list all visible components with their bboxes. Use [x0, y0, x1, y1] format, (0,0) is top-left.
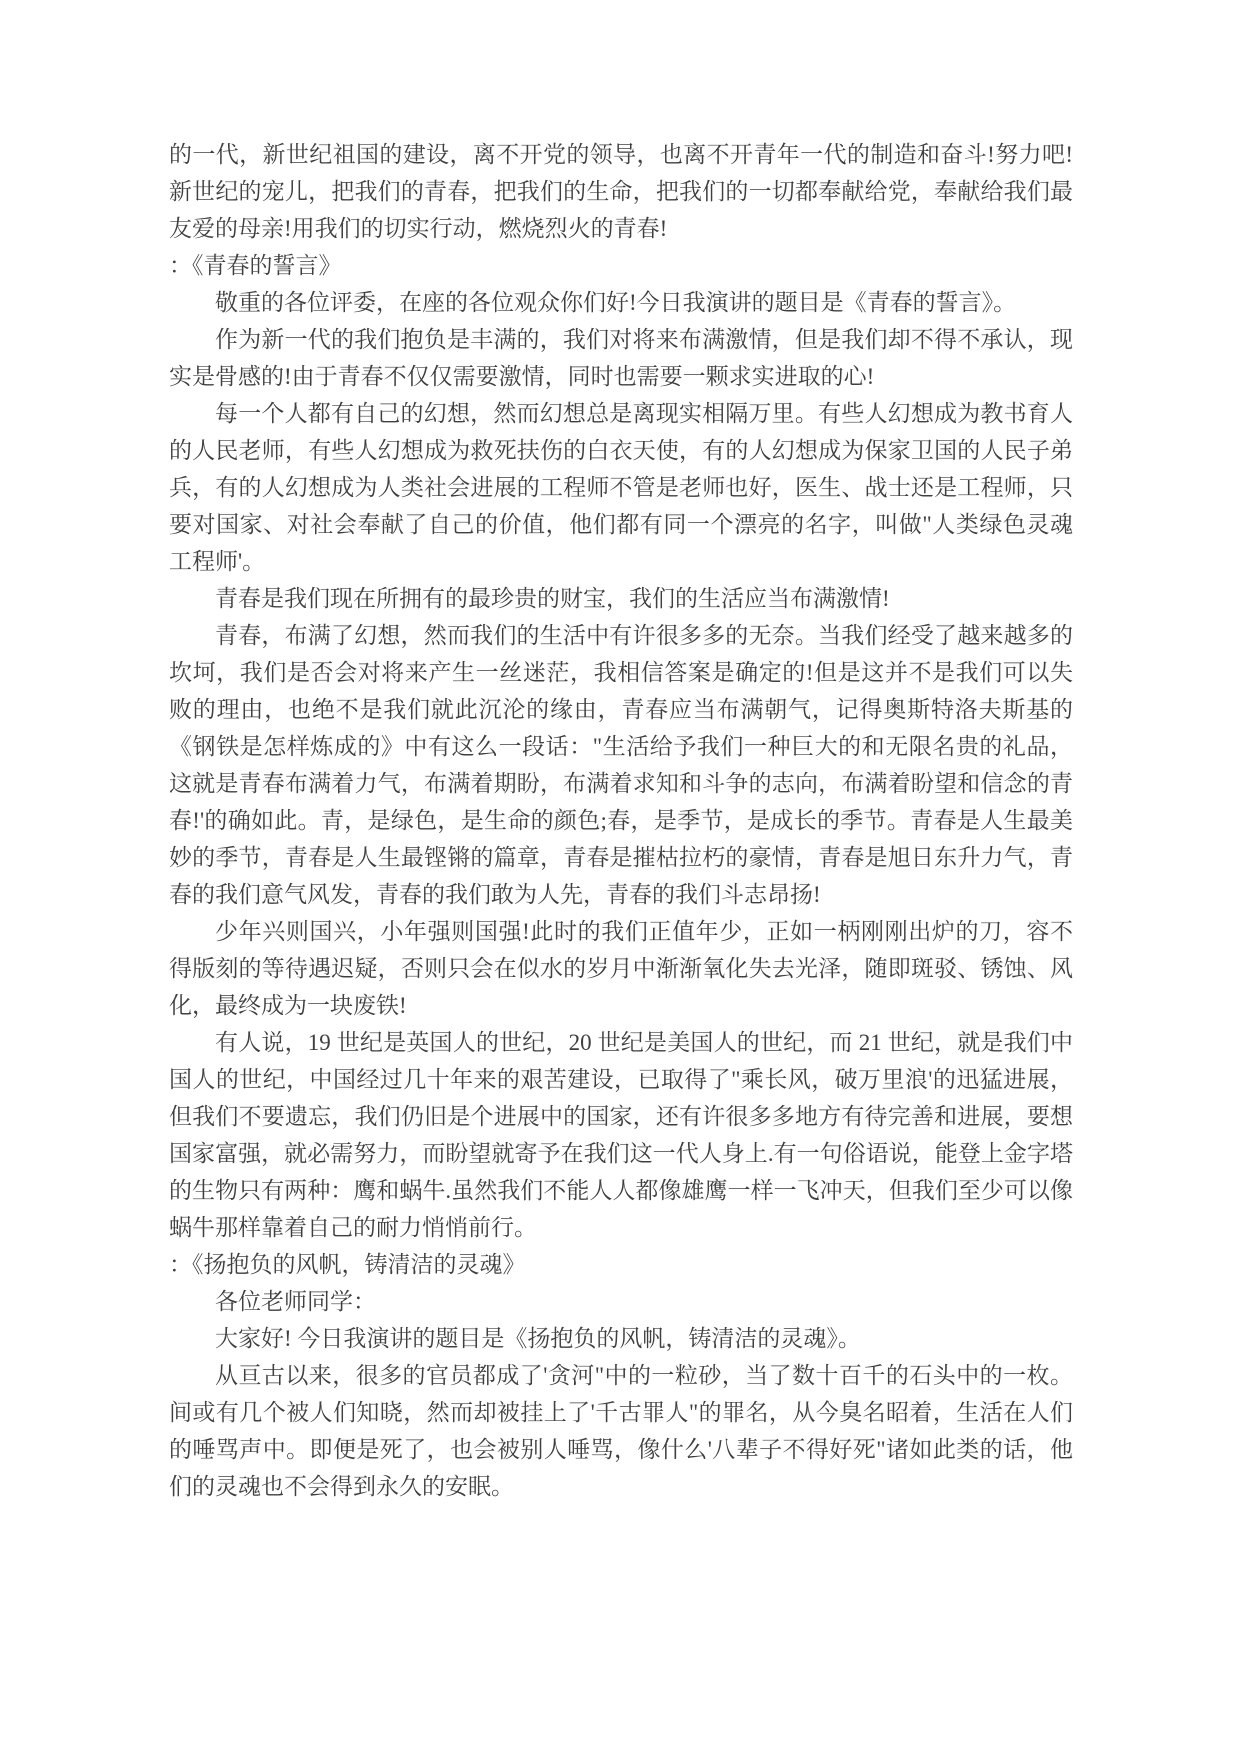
paragraph: 青春，布满了幻想，然而我们的生活中有许很多多的无奈。当我们经受了越来越多的坎坷，… — [169, 617, 1073, 913]
paragraph: 少年兴则国兴，小年强则国强!此时的我们正值年少，正如一柄刚刚出炉的刀，容不得版刻… — [169, 913, 1073, 1024]
paragraph: 从亘古以来，很多的官员都成了'贪河"中的一粒砂，当了数十百千的石头中的一枚。间或… — [169, 1357, 1073, 1505]
paragraph: 青春是我们现在所拥有的最珍贵的财宝，我们的生活应当布满激情! — [169, 580, 1073, 617]
paragraph: 大家好! 今日我演讲的题目是《扬抱负的风帆，铸清洁的灵魂》。 — [169, 1320, 1073, 1357]
paragraph: 有人说，19 世纪是英国人的世纪，20 世纪是美国人的世纪，而 21 世纪，就是… — [169, 1024, 1073, 1246]
paragraph: 敬重的各位评委，在座的各位观众你们好!今日我演讲的题目是《青春的誓言》。 — [169, 284, 1073, 321]
paragraph: 每一个人都有自己的幻想，然而幻想总是离现实相隔万里。有些人幻想成为教书育人的人民… — [169, 395, 1073, 580]
paragraph-continuation: 的一代，新世纪祖国的建设，离不开党的领导，也离不开青年一代的制造和奋斗!努力吧!… — [169, 136, 1073, 247]
paragraph-salutation: 各位老师同学： — [169, 1283, 1073, 1320]
speech-title-sail-of-ideals: ：《扬抱负的风帆，铸清洁的灵魂》 — [169, 1246, 1073, 1283]
document-page: 的一代，新世纪祖国的建设，离不开党的领导，也离不开青年一代的制造和奋斗!努力吧!… — [0, 0, 1240, 1753]
speech-title-youth-oath: ：《青春的誓言》 — [169, 247, 1073, 284]
paragraph: 作为新一代的我们抱负是丰满的，我们对将来布满激情，但是我们却不得不承认，现实是骨… — [169, 321, 1073, 395]
